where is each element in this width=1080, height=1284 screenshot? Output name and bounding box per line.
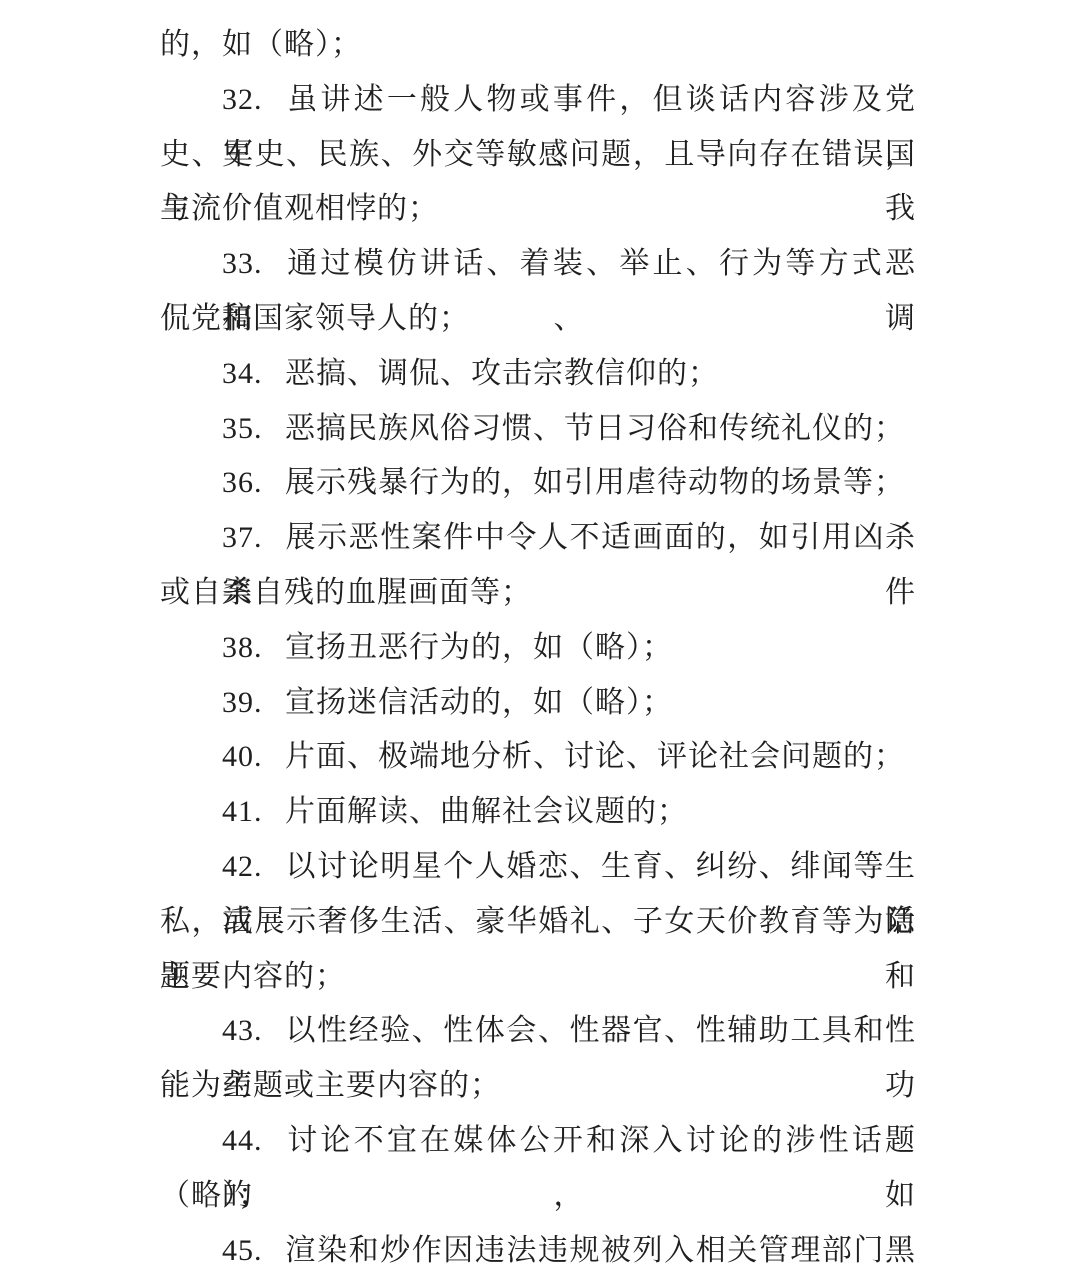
text-line: 的，如（略）； (160, 18, 916, 73)
text-line-item-33: 33. 通过模仿讲话、着装、举止、行为等方式恶搞、调 (160, 237, 916, 292)
text-line-item-35: 35. 恶搞民族风俗习惯、节日习俗和传统礼仪的； (160, 402, 916, 457)
text-line-item-41: 41. 片面解读、曲解社会议题的； (160, 785, 916, 840)
text-line-item-34: 34. 恶搞、调侃、攻击宗教信仰的； (160, 347, 916, 402)
text-line: 私，或展示奢侈生活、豪华婚礼、子女天价教育等为话题和 (160, 895, 916, 950)
text-line-item-39: 39. 宣扬迷信活动的，如（略）； (160, 676, 916, 731)
text-block: 的，如（略）； 32. 虽讲述一般人物或事件，但谈话内容涉及党史、国 史、军史、… (160, 18, 916, 1278)
text-line-item-40: 40. 片面、极端地分析、讨论、评论社会问题的； (160, 730, 916, 785)
text-line-item-43: 43. 以性经验、性体会、性器官、性辅助工具和性药功 (160, 1004, 916, 1059)
text-line-item-36: 36. 展示残暴行为的，如引用虐待动物的场景等； (160, 456, 916, 511)
text-line-item-42: 42. 以讨论明星个人婚恋、生育、纠纷、绯闻等生活隐 (160, 840, 916, 895)
text-line-item-44: 44. 讨论不宜在媒体公开和深入讨论的涉性话题的，如 (160, 1114, 916, 1169)
text-line-item-37: 37. 展示恶性案件中令人不适画面的，如引用凶杀案件 (160, 511, 916, 566)
text-line: 史、军史、民族、外交等敏感问题，且导向存在错误，与我 (160, 128, 916, 183)
text-line-item-45: 45. 渲染和炒作因违法违规被列入相关管理部门黑名单 (160, 1224, 916, 1279)
text-line-item-38: 38. 宣扬丑恶行为的，如（略）； (160, 621, 916, 676)
document-page: 的，如（略）； 32. 虽讲述一般人物或事件，但谈话内容涉及党史、国 史、军史、… (0, 0, 1080, 1284)
text-line-item-32: 32. 虽讲述一般人物或事件，但谈话内容涉及党史、国 (160, 73, 916, 128)
